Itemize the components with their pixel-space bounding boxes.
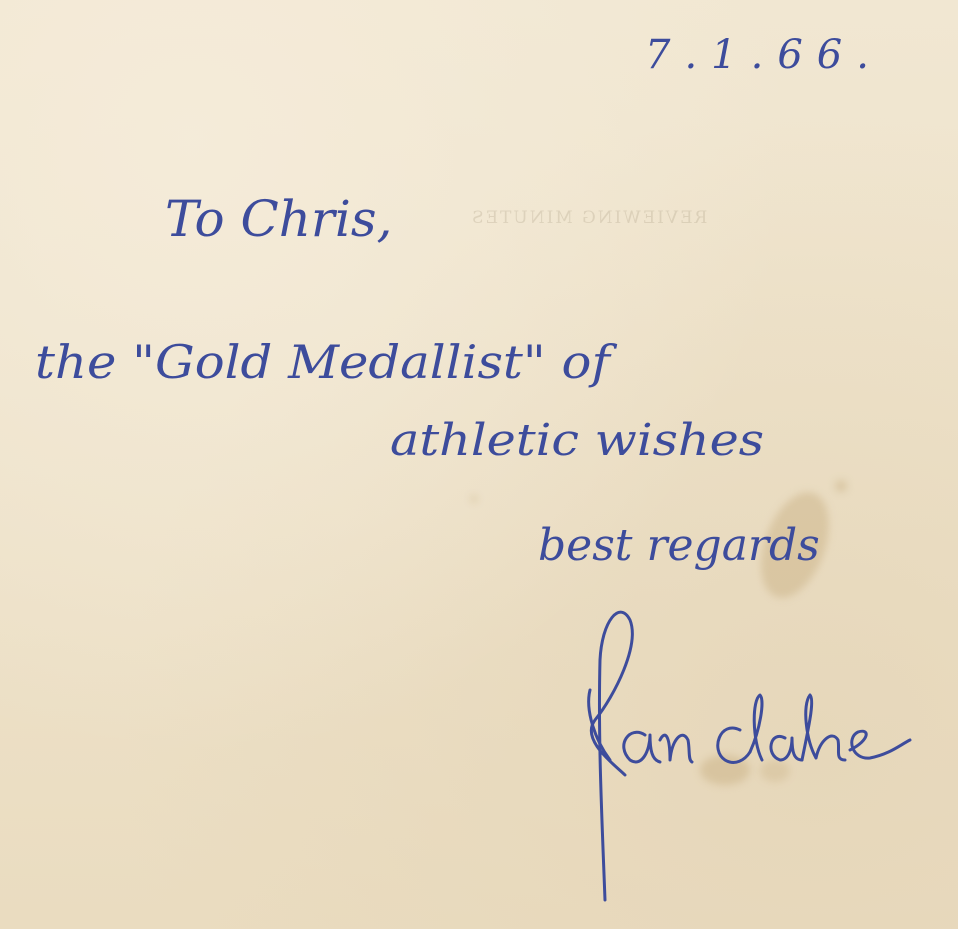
foxing-stain (470, 495, 478, 503)
inscription-line-1: the "Gold Medallist" of (35, 335, 610, 389)
signature-flourish-icon (570, 600, 950, 920)
signature: Ron Clarke (570, 600, 950, 920)
inscription-date: 7.1.66. (645, 32, 883, 78)
inscription-line-2: athletic wishes (390, 415, 764, 466)
inscription-salutation: To Chris, (165, 190, 392, 248)
foxing-stain (835, 480, 847, 492)
inscription-page: REVIEWING MINUTES 7.1.66. To Chris, the … (0, 0, 958, 929)
inscription-line-3: best regards (538, 520, 820, 571)
show-through-printed-text: REVIEWING MINUTES (470, 208, 707, 228)
